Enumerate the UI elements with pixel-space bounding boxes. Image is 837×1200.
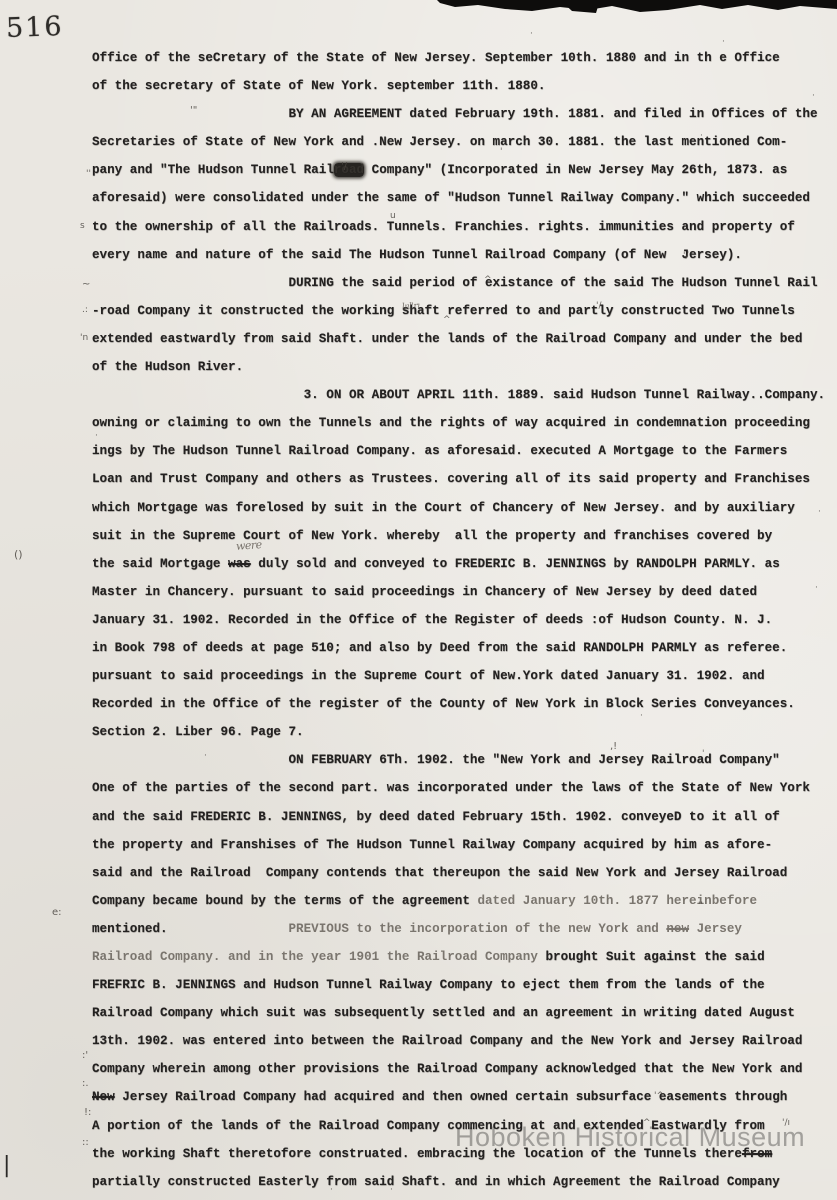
speckle: · [420,758,423,767]
pencil-mark: ,! [610,742,617,752]
pencil-mark: :: [82,1138,89,1148]
speckle: ' [500,148,502,157]
speckle: · [204,752,207,761]
pencil-mark: '^ [654,1092,664,1101]
pencil-mark: :' [82,1051,88,1061]
annotations-layer: ''s~.:'n()e::':.!:::|'"^lııl'rı^'/wereu'… [0,0,837,1200]
speckle: · [330,1186,333,1195]
speckle: · [700,132,703,141]
speckle: · [818,508,821,517]
pencil-mark: .: [82,306,88,315]
speckle: ' [702,750,704,759]
pencil-mark: '" [190,106,197,116]
scanned-document-page: 516 Office of the seCretary of the State… [0,0,837,1200]
caret-mark: ^ [484,276,492,285]
caret-mark: ^ [443,316,451,325]
speckle: · [640,712,643,721]
handwriting-annotation: lııl'rı [402,302,420,312]
pencil-mark: e: [52,908,62,918]
handwriting-annotation: were [236,539,262,552]
speckle: · [390,1186,393,1195]
pencil-mark: u [390,212,396,221]
caret-mark: ^ [745,1152,753,1161]
pencil-mark: '/ [683,252,689,261]
watermark-text: Hoboken Historical Museum [455,1122,805,1153]
speckle: · [95,432,98,441]
speckle: · [530,30,533,39]
pencil-mark: () [14,549,23,560]
speckle: · [722,38,725,47]
pencil-mark: '' [698,902,703,911]
pencil-mark: !: [84,1108,91,1118]
speckle: · [815,584,818,593]
pencil-mark: :. [82,1079,89,1089]
speckle: · [812,92,815,101]
pencil-mark: '' [86,170,91,179]
pencil-mark: s [80,222,85,231]
pencil-mark: '/ [341,162,347,172]
pencil-mark: '/ [596,302,602,311]
pencil-mark: 'n [80,334,88,343]
pencil-mark: ~ [82,280,90,290]
scan-edge-mark: | [3,1155,10,1177]
